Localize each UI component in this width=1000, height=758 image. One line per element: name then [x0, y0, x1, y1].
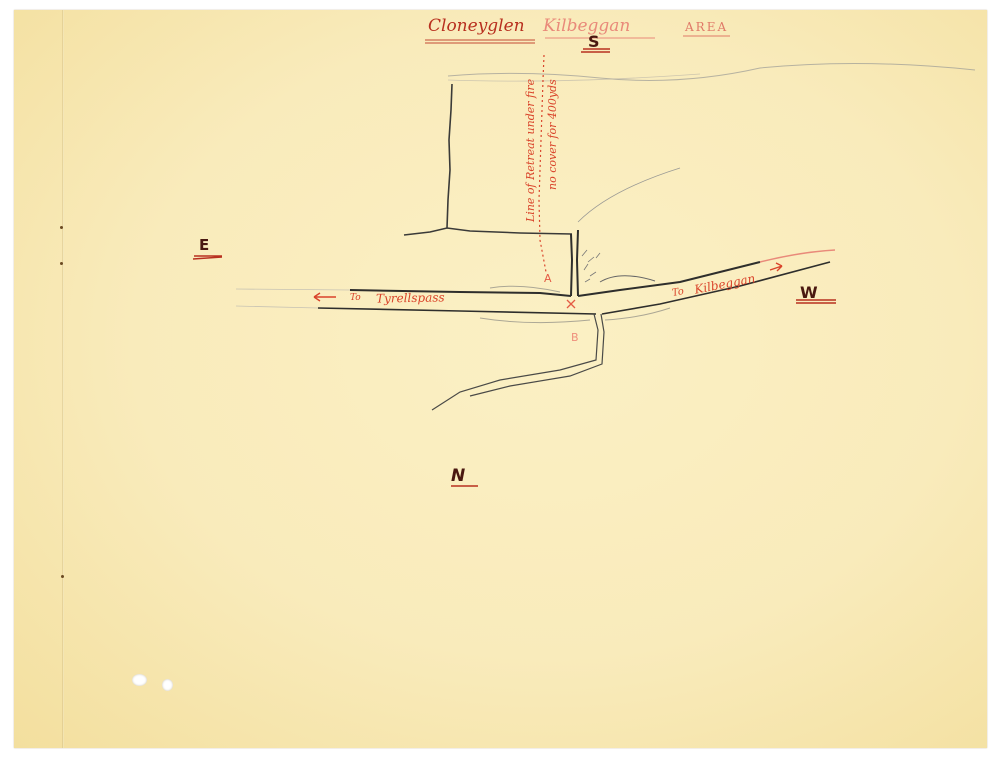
road-edge-south-west	[318, 308, 596, 314]
arrow-right-icon	[770, 263, 782, 271]
road-right-prefix: To	[671, 286, 685, 299]
map-title-secondary: Kilbeggan	[543, 16, 630, 36]
compass-east: E	[199, 236, 209, 254]
retreat-annotation: Line of Retreat under fire	[524, 79, 537, 222]
compass-north: N	[451, 466, 465, 486]
lane-west-edge	[432, 314, 598, 410]
point-b-label: B	[571, 331, 579, 344]
wall-left-of-bushes	[577, 230, 578, 296]
mound	[600, 276, 655, 282]
road-left-prefix: To	[350, 293, 361, 303]
road-left-destination: Tyrellspass	[376, 290, 445, 305]
compass-south: S	[588, 32, 600, 51]
hedge-line-vertical	[447, 84, 452, 228]
bushes	[582, 250, 600, 282]
lane-east-edge	[470, 314, 604, 396]
arrow-left-icon	[314, 293, 336, 301]
retreat-dotted-line	[539, 55, 546, 272]
wall-right-of-a	[571, 234, 572, 296]
pencil-sketch-map	[0, 0, 1000, 758]
hedge-line-horizontal	[404, 228, 572, 235]
map-title-suffix: AREA	[685, 20, 728, 34]
compass-west: W	[800, 283, 818, 302]
map-title-place: Cloneyglen	[428, 16, 525, 36]
point-a-label: A	[544, 272, 552, 285]
no-cover-annotation: no cover for 400yds	[546, 79, 559, 190]
cross-mark-icon	[567, 300, 575, 308]
title-underline	[425, 40, 535, 43]
